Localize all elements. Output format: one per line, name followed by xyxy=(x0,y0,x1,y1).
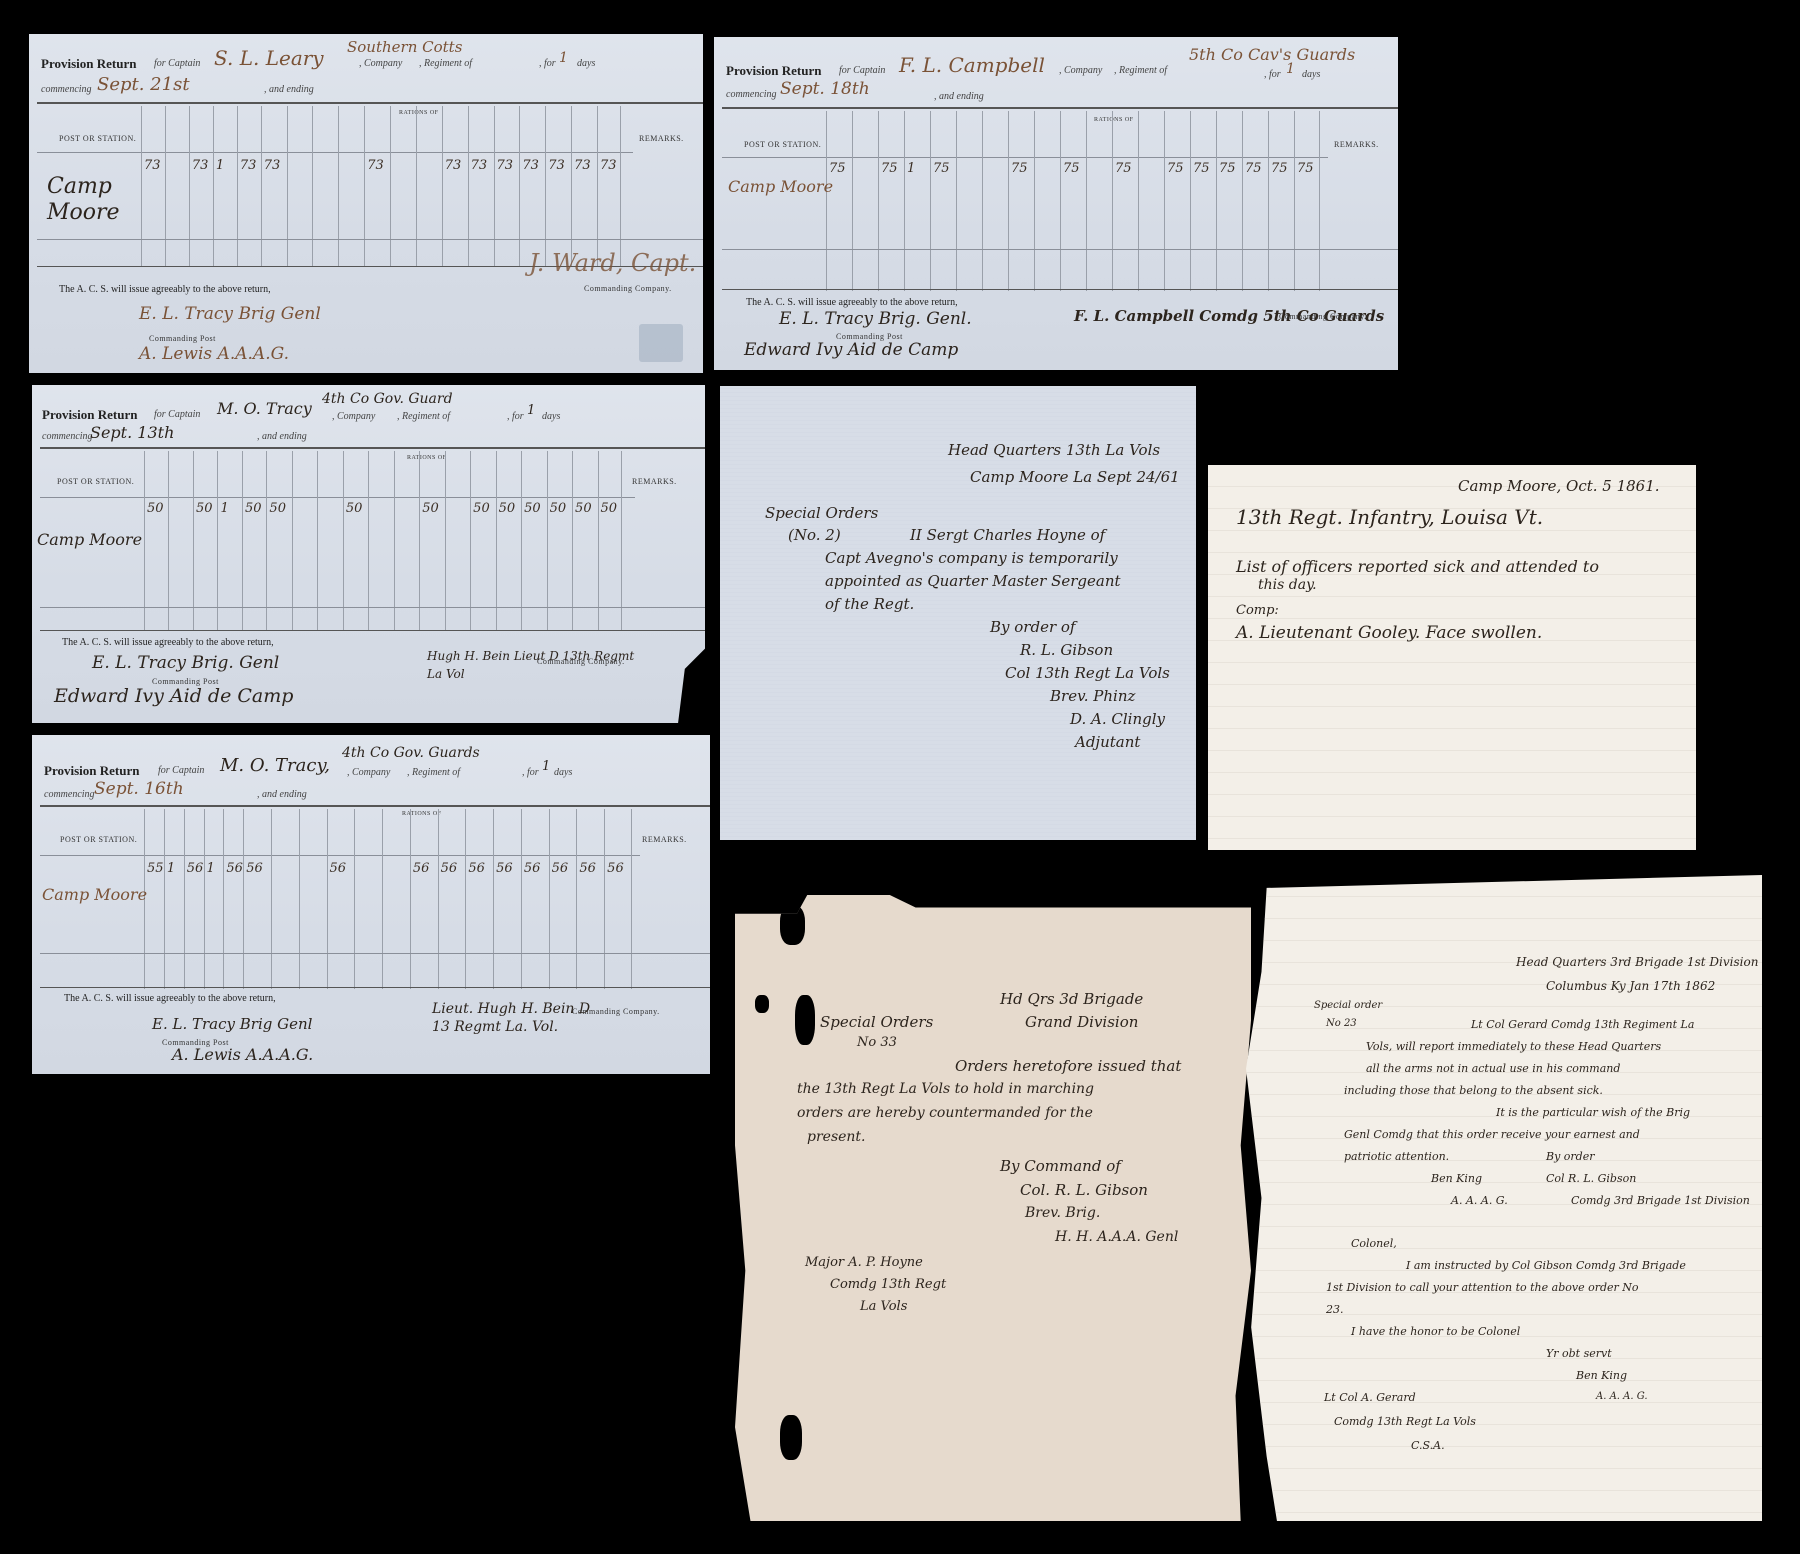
remarks-label: REMARKS. xyxy=(1334,140,1379,149)
left-signature-line: A. A. A. G. xyxy=(1451,1194,1508,1207)
post-station-label: POST OR STATION. xyxy=(744,140,821,149)
form-title: Provision Return xyxy=(44,763,139,779)
torn-hole xyxy=(780,905,805,945)
days-value: 1 xyxy=(542,759,550,774)
station-name: Camp Moore xyxy=(42,885,147,904)
commencing-date: Sept. 16th xyxy=(94,779,184,799)
days-label: days xyxy=(1302,69,1320,80)
aide-signature: Edward Ivy Aid de Camp xyxy=(54,685,293,707)
letter-line: I have the honor to be Colonel xyxy=(1351,1325,1520,1338)
days-value: 1 xyxy=(1286,61,1295,77)
signature-line: H. H. A.A.A. Genl xyxy=(1055,1229,1178,1245)
order-title: Special Orders xyxy=(820,1013,933,1031)
ending-label: , and ending xyxy=(257,789,307,800)
special-order-no-23: Head Quarters 3rd Brigade 1st Division C… xyxy=(1246,875,1762,1521)
commencing-label: commencing xyxy=(42,431,93,442)
commencing-label: commencing xyxy=(44,789,95,800)
torn-hole xyxy=(780,1415,802,1460)
regiment-label: , Regiment of xyxy=(1114,65,1167,76)
addressee-line: C.S.A. xyxy=(1411,1439,1445,1452)
captain-name: M. O. Tracy xyxy=(217,399,312,418)
body-line: Orders heretofore issued that xyxy=(955,1057,1181,1075)
header-line-2: Grand Division xyxy=(1025,1013,1138,1031)
company-signature: Lieut. Hugh H. Bein D 13 Regmt La. Vol. xyxy=(432,1000,592,1036)
acs-text: The A. C. S. will issue agreeably to the… xyxy=(746,297,958,308)
body-line: Vols, will report immediately to these H… xyxy=(1366,1040,1661,1053)
body-line: of the Regt. xyxy=(825,595,914,613)
addressee-line: Major A. P. Hoyne xyxy=(805,1255,923,1270)
commencing-date: Sept. 21st xyxy=(97,74,190,95)
company-label: , Company xyxy=(347,767,390,778)
days-label: days xyxy=(542,411,560,422)
signature-line: D. A. Clingly xyxy=(1070,710,1165,728)
body-line: including those that belong to the absen… xyxy=(1344,1084,1603,1097)
order-number: No 23 xyxy=(1326,1018,1357,1029)
company-name: 5th Co Cav's Guards xyxy=(1189,45,1355,64)
station-name: Camp Moore xyxy=(728,177,833,196)
for-captain-label: for Captain xyxy=(839,65,885,76)
order-number: (No. 2) xyxy=(788,526,841,544)
form-title: Provision Return xyxy=(41,56,136,72)
header-line-1: Head Quarters 13th La Vols xyxy=(948,441,1160,459)
letter-line: 1st Division to call your attention to t… xyxy=(1326,1281,1639,1294)
acs-text: The A. C. S. will issue agreeably to the… xyxy=(64,993,276,1004)
body-line: Lt Col Gerard Comdg 13th Regiment La xyxy=(1471,1018,1694,1031)
commencing-date: Sept. 13th xyxy=(90,423,174,442)
order-number: No 33 xyxy=(857,1035,897,1050)
company-label: , Company xyxy=(1059,65,1102,76)
signature-line: Adjutant xyxy=(1075,733,1140,751)
days-label: days xyxy=(554,767,572,778)
regiment-heading: 13th Regt. Infantry, Louisa Vt. xyxy=(1236,505,1543,529)
company-name: 4th Co Gov. Guards xyxy=(342,745,480,761)
sick-report-oct-5-1861: Camp Moore, Oct. 5 1861. 13th Regt. Infa… xyxy=(1208,465,1696,850)
header-line-1: Head Quarters 3rd Brigade 1st Division xyxy=(1516,955,1758,969)
captain-name: F. L. Campbell xyxy=(899,53,1045,77)
signature-line: R. L. Gibson xyxy=(1020,641,1113,659)
captain-name: M. O. Tracy, xyxy=(220,755,330,776)
intro-line-2: this day. xyxy=(1258,577,1317,593)
for-label: , for xyxy=(539,58,556,69)
comp-label: Comp: xyxy=(1236,603,1279,618)
order-signature-line: Comdg 3rd Brigade 1st Division xyxy=(1571,1194,1750,1207)
commencing-label: commencing xyxy=(41,84,92,95)
station-name: Camp Moore xyxy=(37,530,142,549)
order-title: Special order xyxy=(1314,1000,1382,1011)
for-captain-label: for Captain xyxy=(154,58,200,69)
intro-line-1: List of officers reported sick and atten… xyxy=(1236,557,1599,576)
station-name: Camp Moore xyxy=(47,174,137,226)
company-label: , Company xyxy=(359,58,402,69)
dateline: Camp Moore, Oct. 5 1861. xyxy=(1458,477,1660,495)
body-line: It is the particular wish of the Brig xyxy=(1496,1106,1690,1119)
ending-label: , and ending xyxy=(264,84,314,95)
body-line: appointed as Quarter Master Sergeant xyxy=(825,572,1121,590)
special-order-no-33: Hd Qrs 3d Brigade Grand Division Special… xyxy=(735,895,1251,1521)
days-label: days xyxy=(577,58,595,69)
form-title: Provision Return xyxy=(42,407,137,423)
ending-label: , and ending xyxy=(934,91,984,102)
header-line-1: Hd Qrs 3d Brigade xyxy=(1000,990,1143,1008)
commanding-post-caption: Commanding Post xyxy=(149,334,216,343)
ending-label: , and ending xyxy=(257,431,307,442)
ration-grid: 50 50 1 50 50 50 50 50 50 50 50 50 50 xyxy=(144,451,622,631)
body-line: Genl Comdg that this order receive your … xyxy=(1344,1128,1640,1141)
ration-grid: 75 75 1 75 75 75 75 75 75 75 75 75 75 xyxy=(826,111,1321,291)
aide-signature: A. Lewis A.A.A.G. xyxy=(139,344,289,364)
provision-return-sept-13: Provision Return for Captain M. O. Tracy… xyxy=(32,385,705,723)
left-signature-line: Ben King xyxy=(1431,1172,1482,1185)
acs-text: The A. C. S. will issue agreeably to the… xyxy=(59,284,271,295)
letter-close-line: Yr obt servt xyxy=(1546,1347,1612,1360)
order-title: Special Orders xyxy=(765,504,878,522)
commanding-company-caption: Commanding Company. xyxy=(1279,312,1367,321)
company-label: , Company xyxy=(332,411,375,422)
aide-signature: Edward Ivy Aid de Camp xyxy=(744,340,958,360)
remarks-label: REMARKS. xyxy=(632,477,677,486)
body-line: all the arms not in actual use in his co… xyxy=(1366,1062,1620,1075)
body-line: II Sergt Charles Hoyne of xyxy=(910,526,1105,544)
letter-salutation: Colonel, xyxy=(1351,1237,1397,1250)
post-signature: E. L. Tracy Brig Genl xyxy=(152,1015,312,1033)
post-signature: E. L. Tracy Brig Genl xyxy=(139,304,321,324)
special-order-no-2: Head Quarters 13th La Vols Camp Moore La… xyxy=(720,386,1196,840)
signature-line: Brev. Phinz xyxy=(1050,687,1135,705)
addressee-line: Lt Col A. Gerard xyxy=(1324,1391,1416,1404)
signature-line: By Command of xyxy=(1000,1157,1121,1175)
company-name: Southern Cotts xyxy=(347,38,462,56)
commencing-label: commencing xyxy=(726,89,777,100)
letter-close-line: Ben King xyxy=(1576,1369,1627,1382)
signature-line: By order of xyxy=(990,618,1075,636)
letter-line: I am instructed by Col Gibson Comdg 3rd … xyxy=(1406,1259,1686,1272)
for-captain-label: for Captain xyxy=(158,765,204,776)
acs-text: The A. C. S. will issue agreeably to the… xyxy=(62,637,274,648)
post-station-label: POST OR STATION. xyxy=(57,477,134,486)
addressee-line: La Vols xyxy=(860,1299,907,1314)
body-line: the 13th Regt La Vols to hold in marchin… xyxy=(797,1081,1094,1097)
order-signature-line: By order xyxy=(1546,1150,1595,1163)
regiment-label: , Regiment of xyxy=(397,411,450,422)
body-line: orders are hereby countermanded for the xyxy=(797,1105,1093,1121)
body-line: present. xyxy=(807,1129,866,1145)
signature-line: Col. R. L. Gibson xyxy=(1020,1181,1148,1199)
ration-grid: 73 73 1 73 73 73 73 73 73 73 73 73 73 xyxy=(141,106,621,266)
company-name: 4th Co Gov. Guard xyxy=(322,391,453,407)
days-value: 1 xyxy=(527,403,535,418)
addressee-line: Comdg 13th Regt La Vols xyxy=(1334,1415,1476,1428)
days-value: 1 xyxy=(559,50,568,66)
commencing-date: Sept. 18th xyxy=(780,79,870,99)
aide-signature: A. Lewis A.A.A.G. xyxy=(172,1045,313,1064)
addressee-line: Comdg 13th Regt xyxy=(830,1277,946,1292)
provision-return-sept-21: Provision Return for Captain S. L. Leary… xyxy=(29,34,703,373)
header-line-2: Camp Moore La Sept 24/61 xyxy=(970,468,1180,486)
remarks-label: REMARKS. xyxy=(642,835,687,844)
remarks-label: REMARKS. xyxy=(639,134,684,143)
body-line: patriotic attention. xyxy=(1344,1150,1449,1163)
post-signature: E. L. Tracy Brig. Genl. xyxy=(779,309,972,329)
signature-line: Brev. Brig. xyxy=(1025,1205,1100,1221)
order-signature-line: Col R. L. Gibson xyxy=(1546,1172,1636,1185)
post-station-label: POST OR STATION. xyxy=(60,835,137,844)
form-title: Provision Return xyxy=(726,63,821,79)
post-signature: E. L. Tracy Brig. Genl xyxy=(92,653,279,673)
commanding-company-caption: Commanding Company. xyxy=(537,657,625,666)
sick-entry: A. Lieutenant Gooley. Face swollen. xyxy=(1236,623,1542,643)
letter-line: 23. xyxy=(1326,1303,1344,1316)
torn-hole xyxy=(795,995,815,1045)
provision-return-sept-16: Provision Return for Captain M. O. Tracy… xyxy=(32,735,710,1074)
revenue-stamp xyxy=(639,324,683,362)
letter-close-line: A. A. A. G. xyxy=(1596,1391,1648,1402)
ration-grid: 55 1 56 1 56 56 56 56 56 56 56 56 56 56 … xyxy=(144,809,632,989)
for-label: , for xyxy=(507,411,524,422)
company-signature: J. Ward, Capt. xyxy=(529,249,696,277)
commanding-company-caption: Commanding Company. xyxy=(572,1007,660,1016)
for-label: , for xyxy=(1264,69,1281,80)
post-station-label: POST OR STATION. xyxy=(59,134,136,143)
body-line: Capt Avegno's company is temporarily xyxy=(825,549,1118,567)
signature-line: Col 13th Regt La Vols xyxy=(1005,664,1170,682)
captain-name: S. L. Leary xyxy=(214,46,324,70)
for-captain-label: for Captain xyxy=(154,409,200,420)
for-label: , for xyxy=(522,767,539,778)
regiment-label: , Regiment of xyxy=(407,767,460,778)
header-line-2: Columbus Ky Jan 17th 1862 xyxy=(1546,979,1715,993)
regiment-label: , Regiment of xyxy=(419,58,472,69)
torn-hole xyxy=(755,995,769,1013)
commanding-company-caption: Commanding Company. xyxy=(584,284,672,293)
provision-return-sept-18: Provision Return for Captain F. L. Campb… xyxy=(714,37,1398,370)
